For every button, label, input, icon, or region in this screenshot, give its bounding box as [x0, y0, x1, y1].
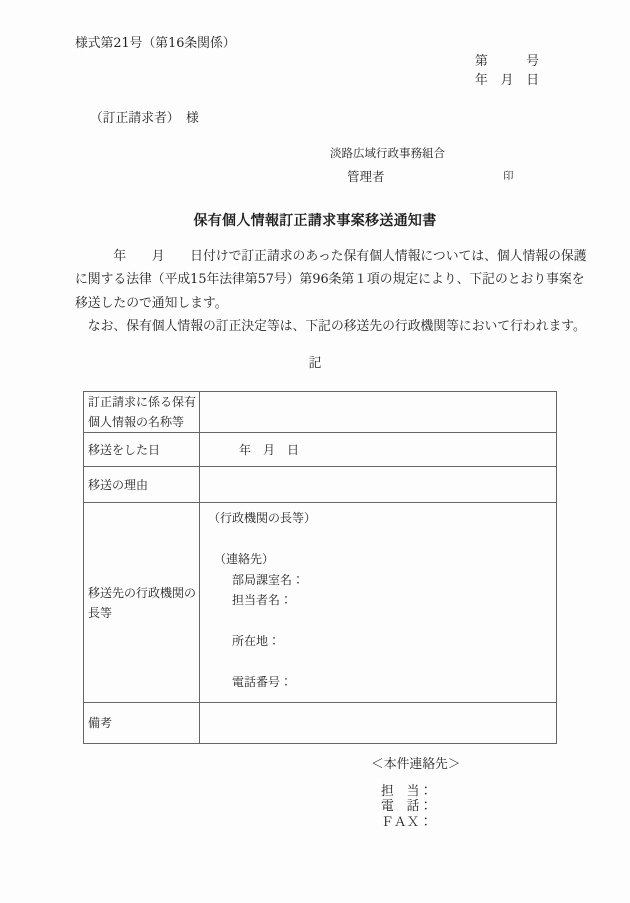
table-row-transfer-date: 移送をした日 年 月 日 — [84, 433, 557, 467]
contact-lines: 担 当： 電 話： ＦＡＸ： — [381, 784, 432, 830]
row-label-transfer-reason: 移送の理由 — [84, 467, 200, 503]
document-title: 保有個人情報訂正請求事案移送通知書 — [0, 210, 630, 230]
row-label-transfer-date: 移送をした日 — [84, 433, 200, 467]
row-label-information-name: 訂正請求に係る保有 個人情報の名称等 — [84, 392, 200, 433]
contact-section-title: ＜本件連絡先＞ — [371, 757, 461, 773]
doc-date-line: 年 月 日 — [475, 71, 539, 90]
row-value-transfer-reason — [200, 467, 557, 503]
row-value-transfer-date: 年 月 日 — [200, 433, 557, 467]
table-row-destination-agency: 移送先の行政機関の 長等 （行政機関の長等） （連絡先） 部局課室名： 担当者名… — [84, 503, 557, 703]
ki-label: 記 — [0, 352, 630, 371]
table-row-transfer-reason: 移送の理由 — [84, 467, 557, 503]
seal-mark: 印 — [503, 170, 514, 183]
form-table: 訂正請求に係る保有 個人情報の名称等 移送をした日 年 月 日 移送の理由 移送… — [83, 391, 557, 744]
row-label-destination-agency: 移送先の行政機関の 長等 — [84, 503, 200, 703]
row-value-information-name — [200, 392, 557, 433]
row-value-destination-agency: （行政機関の長等） （連絡先） 部局課室名： 担当者名： 所在地： 電話番号： — [200, 503, 557, 703]
row-label-remarks: 備考 — [84, 703, 200, 744]
issuer-role: 管理者 — [347, 169, 385, 185]
doc-number-line: 第 号 — [475, 52, 539, 71]
table-row-information-name: 訂正請求に係る保有 個人情報の名称等 — [84, 392, 557, 433]
table-row-remarks: 備考 — [84, 703, 557, 744]
issuer-org-name: 淡路広域行政事務組合 — [330, 146, 445, 161]
doc-number-date-block: 第 号 年 月 日 — [475, 52, 539, 90]
form-number: 様式第21号（第16条関係） — [75, 34, 236, 53]
body-paragraph: 年 月 日付けで訂正請求のあった保有個人情報については、個人情報の保護 に関する… — [75, 245, 591, 339]
document-page: 様式第21号（第16条関係） 第 号 年 月 日 （訂正請求者） 様 淡路広域行… — [0, 0, 630, 903]
addressee: （訂正請求者） 様 — [90, 110, 199, 127]
row-value-remarks — [200, 703, 557, 744]
